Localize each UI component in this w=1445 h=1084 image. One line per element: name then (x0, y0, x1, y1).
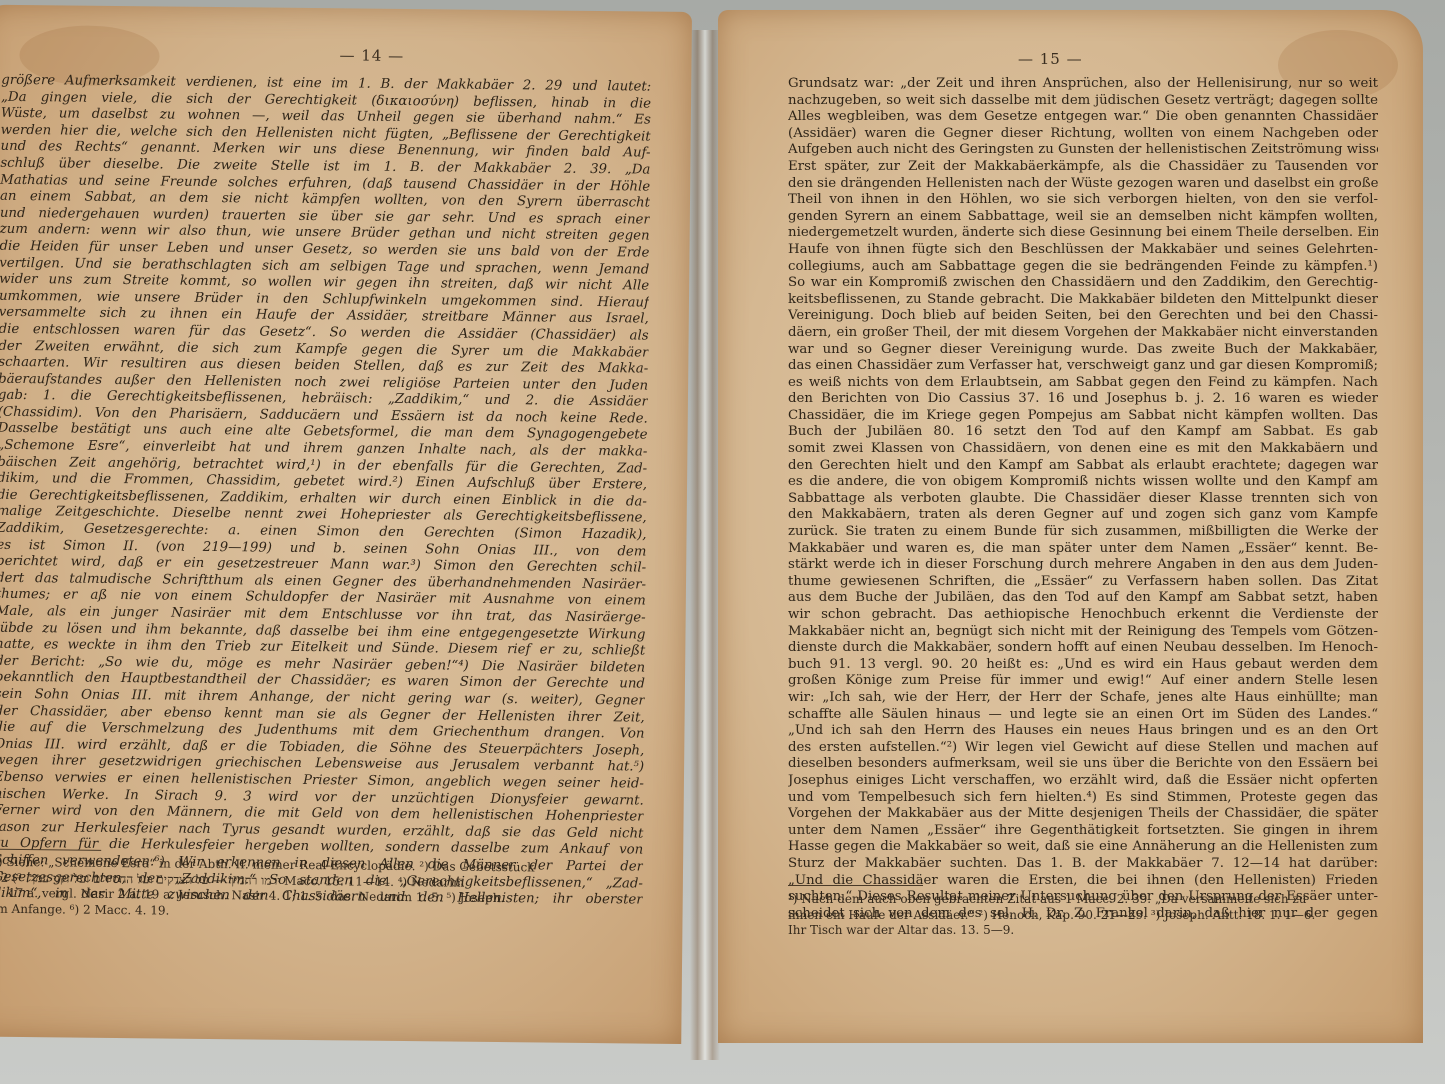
text-line: war und so Gegner dieser Vereinigung wur… (788, 342, 1378, 359)
text-line: „Und ich sah den Herrn des Hauses ein ne… (788, 723, 1378, 740)
page-number: — 14 — (339, 46, 404, 65)
body-text: Grundsatz war: „der Zeit und ihren Anspr… (788, 76, 1378, 922)
footnote-line: ¹) Nach dem auch oben gebrachten Zitat a… (788, 892, 1378, 908)
text-line: wir: „Ich sah, wie der Herr, der Herr de… (788, 690, 1378, 707)
text-line: den sie drängenden Hellenisten nach der … (788, 176, 1378, 193)
text-line: Vorgehen der Makkabäer aus der Mitte des… (788, 806, 1378, 823)
text-line: Aufgeben auch nicht des Geringsten zu Gu… (788, 142, 1378, 159)
text-line: Chassidäer, die im Kriege gegen Pompejus… (788, 408, 1378, 425)
text-line: den Gerechten hielt und den Kampf am Sab… (788, 458, 1378, 475)
text-line: „Und die Chassidäer waren die Ersten, di… (788, 873, 1378, 890)
text-line: Makkabäer nicht an, begnügt sich nicht m… (788, 624, 1378, 641)
text-line: collegiums, auch am Sabbattage gegen die… (788, 259, 1378, 276)
text-line: stärkt werde ich in dieser Forschung dur… (788, 557, 1378, 574)
text-line: zurück. Sie traten zu einem Bunde für si… (788, 524, 1378, 541)
text-line: thume gewiesenen Schriften, die „Essäer“… (788, 574, 1378, 591)
text-line: So war ein Kompromiß zwischen den Chassi… (788, 275, 1378, 292)
text-line: Vereinigung. Doch blieb auf beiden Seite… (788, 308, 1378, 325)
footnotes: ¹) Nach dem auch oben gebrachten Zitat a… (788, 892, 1378, 939)
text-line: Theil von ihnen in den Höhlen, wo sie si… (788, 192, 1378, 209)
text-line: wir schon gebracht. Das aethiopische Hen… (788, 607, 1378, 624)
text-line: Haufe von ihnen fügte sich den Beschlüss… (788, 242, 1378, 259)
text-line: Sturz der Makkabäer suchten. Das 1. B. d… (788, 856, 1378, 873)
body-text: größere Aufmerksamkeit verdienen, ist ei… (0, 73, 651, 909)
footnote-line: ihnen ein Haufe der Assidäer.“ ²) Henoch… (788, 908, 1378, 924)
text-line: buch 91. 13 vergl. 90. 20 heißt es: „Und… (788, 657, 1378, 674)
left-page: — 14 — größere Aufmerksamkeit verdienen,… (0, 5, 692, 1044)
book-gutter (690, 30, 720, 1060)
page-number: — 15 — (1018, 50, 1083, 68)
text-line: Grundsatz war: „der Zeit und ihren Anspr… (788, 76, 1378, 93)
right-page: — 15 — Grundsatz war: „der Zeit und ihre… (718, 10, 1423, 1043)
text-line: des ersten aufstellen.“²) Wir legen viel… (788, 740, 1378, 757)
text-line: aus dem Buche der Jubiläen, das den Tod … (788, 590, 1378, 607)
text-line: unter dem Namen „Essäer“ ihre Gegenthäti… (788, 823, 1378, 840)
text-line: keitsbeflissenen, zu Stande gebracht. Di… (788, 292, 1378, 309)
text-line: den Berichten von Dio Cassius 37. 16 und… (788, 391, 1378, 408)
text-line: Josephus einiges Licht verschaffen, wo e… (788, 773, 1378, 790)
text-line: und vom Tempelbesuch sich fern hielten.⁴… (788, 790, 1378, 807)
text-line: Alles wegbleiben, was dem Gesetze entgeg… (788, 109, 1378, 126)
footnote-rule (788, 885, 923, 886)
text-line: es die andere, die von obigem Kompromiß … (788, 474, 1378, 491)
text-line: es weiß nichts von dem Erlaubtsein, am S… (788, 375, 1378, 392)
footnotes: ¹) Siehe: „Schemone Esra“ in der Abth. I… (0, 855, 643, 924)
text-line: Hasse gegen die Makkabäer so weit, daß s… (788, 839, 1378, 856)
text-line: Sabbattage als verboten glaubte. Die Cha… (788, 491, 1378, 508)
text-line: den Makkabäern, traten als deren Gegner … (788, 507, 1378, 524)
text-line: genden Syrern an einem Sabbattage, weil … (788, 209, 1378, 226)
text-line: somit zwei Klassen von Chassidäern, von … (788, 441, 1378, 458)
text-line: (Assidäer) waren die Gegner dieser Richt… (788, 126, 1378, 143)
text-line: dieselben besonders aufmerksam, weil sie… (788, 756, 1378, 773)
footnote-line: Ihr Tisch war der Altar das. 13. 5—9. (788, 923, 1378, 939)
text-line: Buch der Jubiläen 80. 16 setzt den Tod a… (788, 424, 1378, 441)
text-line: großen Könige zum Preise für immer und e… (788, 673, 1378, 690)
text-line: Makkabäer und waren es, die man später u… (788, 541, 1378, 558)
text-line: nachzugeben, so weit sich dasselbe mit d… (788, 93, 1378, 110)
text-line: niedergemetzelt wurden, änderte sich die… (788, 225, 1378, 242)
text-line: däern, ein großer Theil, der mit diesem … (788, 325, 1378, 342)
text-line: dienste durch die Makkabäer, sondern hof… (788, 640, 1378, 657)
text-line: das einen Chassidäer zum Verfasser hat, … (788, 358, 1378, 375)
text-line: schaffte alle Säulen hinaus — und legte … (788, 707, 1378, 724)
text-line: Erst später, zur Zeit der Makkabäerkämpf… (788, 159, 1378, 176)
